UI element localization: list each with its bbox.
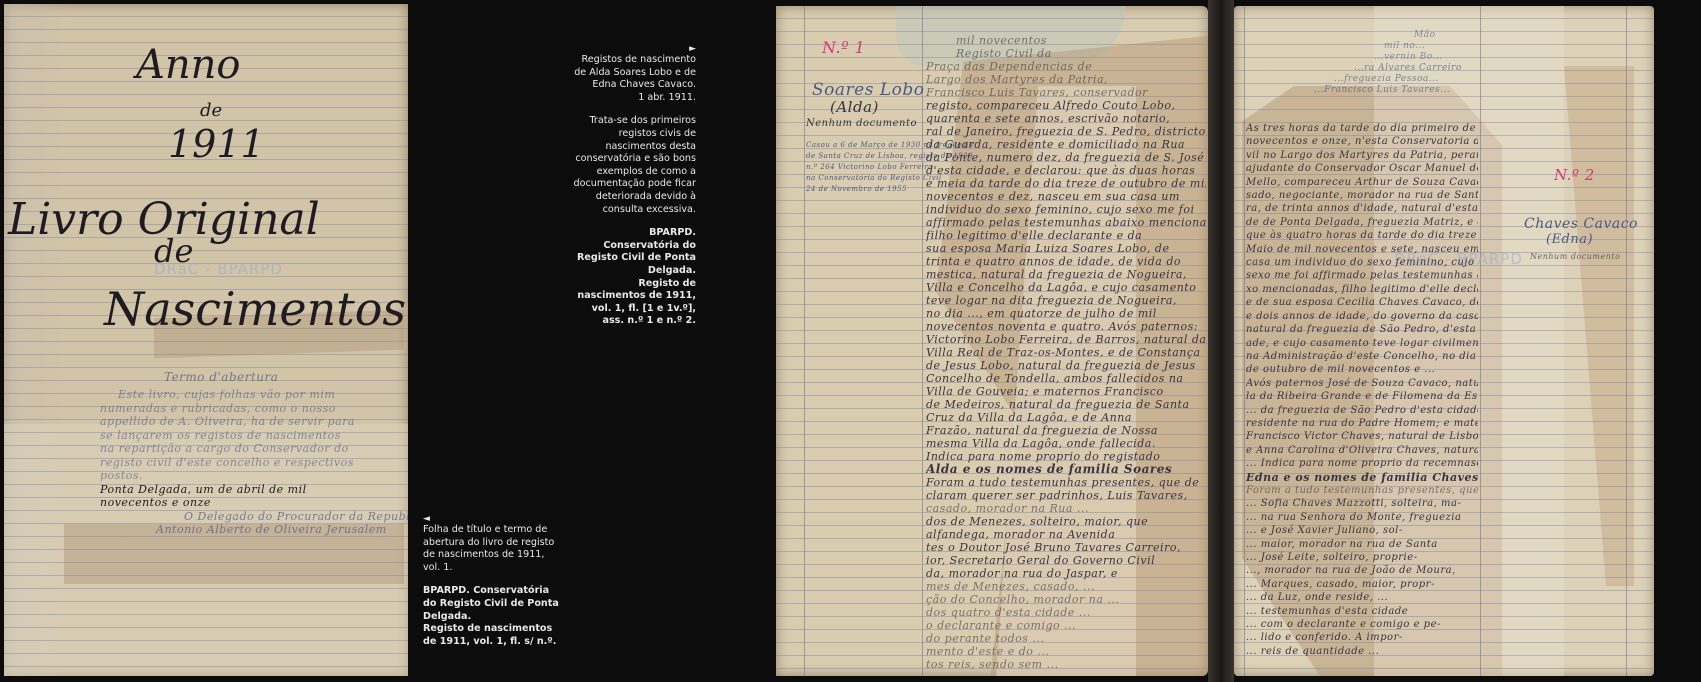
title-de: de bbox=[200, 100, 222, 121]
opening-term-heading: Termo d'abertura bbox=[164, 370, 278, 384]
register-number: N.º 2 bbox=[1554, 166, 1595, 184]
title-anno: Anno bbox=[136, 42, 241, 88]
caption-reference: Registo de nascimentos de 1911, vol. 1, … bbox=[572, 278, 696, 328]
caption-date: 1 abr. 1911. bbox=[572, 92, 696, 105]
arrow-left-icon: ◄ bbox=[423, 514, 563, 524]
register-body-text: As tres horas da tarde do dia primeiro d… bbox=[1246, 122, 1478, 658]
register-header-text: Mão mil no... ...vernin Bo... ...ra Alva… bbox=[1294, 30, 1462, 96]
register-page-2-image: Mão mil no... ...vernin Bo... ...ra Alva… bbox=[1234, 6, 1654, 676]
caption-title: Registos de nascimento de Alda Soares Lo… bbox=[572, 54, 696, 92]
title-nascimentos: Nascimentos bbox=[104, 282, 406, 336]
margin-note: Nenhum documento bbox=[806, 118, 917, 129]
margin-note: Nenhum documento bbox=[1530, 252, 1620, 261]
margin-given-name: (Alda) bbox=[830, 98, 879, 116]
caption-title-page: ◄ Folha de título e termo de abertura do… bbox=[423, 514, 563, 648]
margin-given-name: (Edna) bbox=[1546, 232, 1593, 247]
register-body-text: mil novecentos Registo Civil da Praça da… bbox=[926, 34, 1206, 671]
margin-surname: Chaves Cavaco bbox=[1524, 216, 1638, 232]
book-gutter bbox=[1208, 0, 1234, 682]
caption-reference: Registo de nascimentos de 1911, vol. 1, … bbox=[423, 623, 563, 648]
margin-surname: Soares Lobo bbox=[812, 80, 924, 100]
title-year: 1911 bbox=[168, 122, 265, 166]
margin-rule bbox=[1626, 6, 1627, 676]
opening-term-text: Este livro, cujas folhas vão por mim num… bbox=[100, 388, 408, 537]
caption-description: Folha de título e termo de abertura do l… bbox=[423, 524, 563, 574]
register-page-1-image: N.º 1 Soares Lobo (Alda) Nenhum document… bbox=[776, 6, 1208, 676]
caption-source: BPARPD. Conservatória do Registo Civil d… bbox=[572, 227, 696, 277]
watermark: DRaC - BPARPD bbox=[154, 260, 283, 278]
arrow-right-icon: ► bbox=[572, 44, 696, 54]
margin-rule bbox=[922, 6, 923, 676]
margin-rule bbox=[1244, 6, 1245, 676]
caption-registers: ► Registos de nascimento de Alda Soares … bbox=[572, 44, 696, 328]
caption-source: BPARPD. Conservatória do Registo Civil d… bbox=[423, 585, 563, 623]
title-page-image: Anno de 1911 Livro Original de DRaC - BP… bbox=[4, 4, 408, 676]
caption-description: Trata-se dos primeiros registos civis de… bbox=[572, 115, 696, 216]
margin-rule bbox=[1480, 6, 1481, 676]
margin-rule bbox=[804, 6, 805, 676]
register-number: N.º 1 bbox=[822, 38, 865, 57]
